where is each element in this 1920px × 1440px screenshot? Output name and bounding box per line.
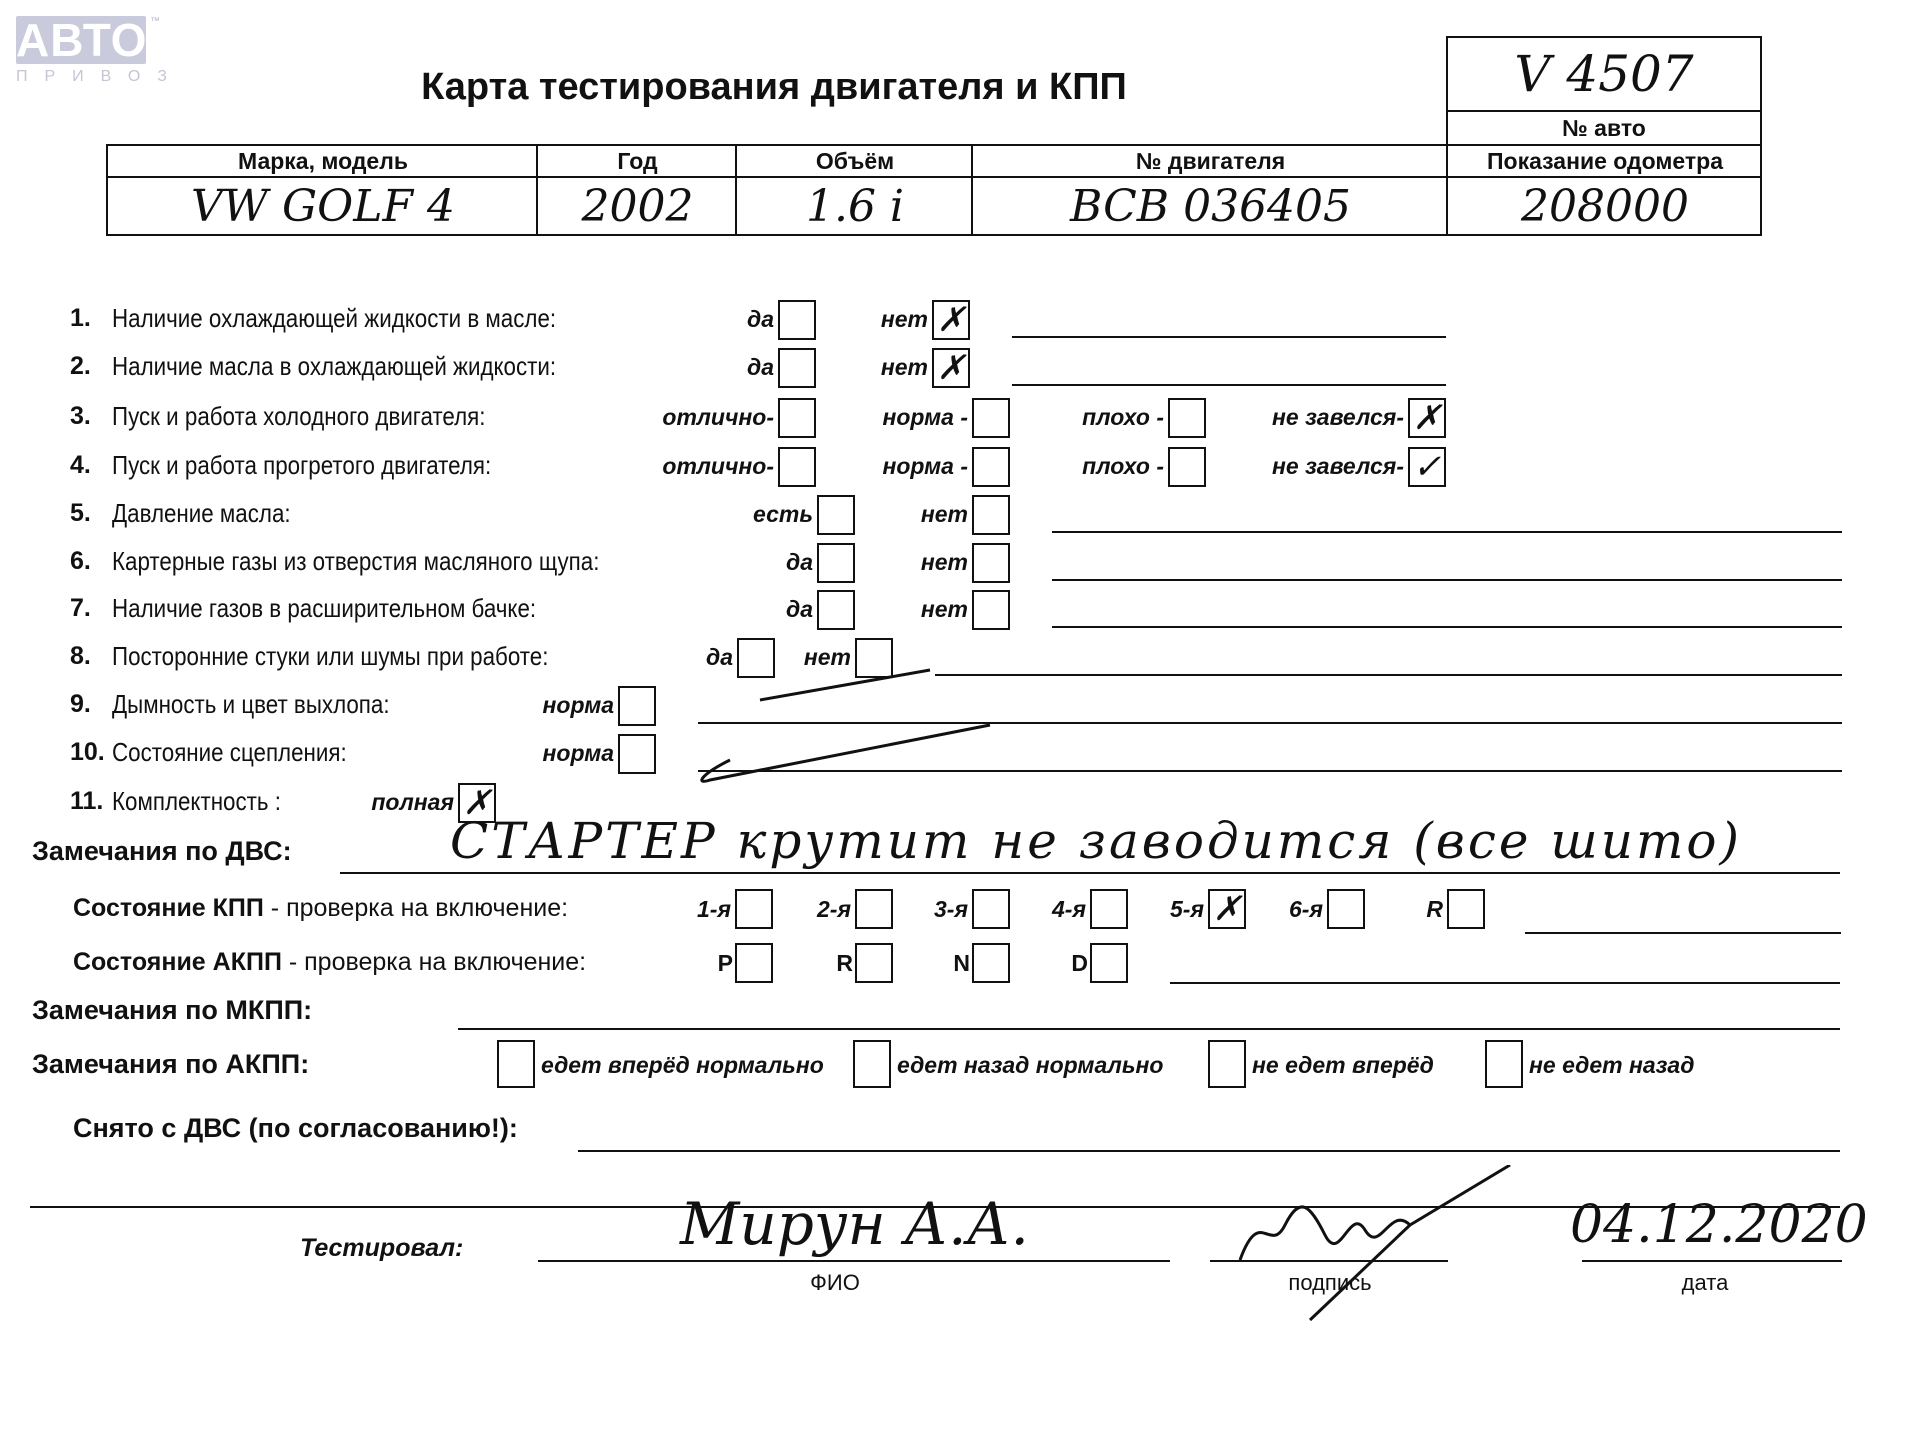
option-checkbox[interactable]: ✗ (932, 348, 970, 388)
question-text: Наличие газов в расширительном бачке: (112, 593, 536, 624)
gear-label: 4-я (1044, 896, 1086, 923)
akpp-remark-label: едет вперёд нормально (541, 1052, 824, 1079)
col-header-volume: Объём (737, 146, 973, 176)
option-label: нет (880, 354, 928, 381)
gear-checkbox[interactable] (972, 889, 1010, 929)
question-number: 9. (70, 690, 91, 719)
option-label: плохо - (1060, 404, 1164, 431)
question-number: 3. (70, 402, 91, 431)
gear-checkbox[interactable] (1090, 889, 1128, 929)
test-date[interactable]: 04.12.2020 (1570, 1195, 1868, 1255)
name-line (538, 1260, 1170, 1262)
question-text: Состояние сцепления: (112, 737, 347, 768)
akpp-position-checkbox[interactable] (1090, 943, 1128, 983)
question-number: 8. (70, 642, 91, 671)
akpp-remark-checkbox[interactable] (853, 1040, 891, 1088)
date-line (1582, 1260, 1842, 1262)
akpp-remark-checkbox[interactable] (1208, 1040, 1246, 1088)
col-header-odometer: Показание одометра (1448, 146, 1762, 176)
question-notes-line[interactable] (1052, 579, 1842, 581)
page-title: Карта тестирования двигателя и КПП (0, 66, 1548, 109)
option-checkbox[interactable] (817, 543, 855, 583)
gear-checkbox[interactable] (735, 889, 773, 929)
question-notes-line[interactable] (935, 674, 1842, 676)
option-checkbox[interactable] (972, 447, 1010, 487)
col-header-year: Год (538, 146, 737, 176)
akpp-check-line (1170, 982, 1840, 984)
gear-label: 6-я (1280, 896, 1323, 923)
kpp-label: Состояние КПП - проверка на включение: (73, 894, 568, 923)
question-text: Давление масла: (112, 498, 291, 529)
option-checkbox[interactable] (778, 398, 816, 438)
option-checkbox[interactable] (1168, 447, 1206, 487)
question-text: Комплектность : (112, 786, 281, 817)
question-notes-line[interactable] (1052, 626, 1842, 628)
logo: АВТО (16, 16, 146, 64)
akpp-remark-checkbox[interactable] (497, 1040, 535, 1088)
question-number: 10. (70, 738, 105, 767)
tested-label: Тестировал: (300, 1234, 463, 1263)
question-text: Наличие масла в охлаждающей жидкости: (112, 351, 556, 382)
option-label: нет (900, 549, 968, 576)
gear-label: R (1420, 896, 1443, 923)
question-notes-line[interactable] (1052, 531, 1842, 533)
question-text: Пуск и работа прогретого двигателя: (112, 450, 491, 481)
option-label: норма - (860, 453, 968, 480)
odometer-value[interactable]: 208000 (1448, 178, 1762, 236)
volume-value[interactable]: 1.6 i (737, 178, 973, 236)
option-checkbox[interactable] (972, 495, 1010, 535)
option-label: есть (730, 501, 813, 528)
akpp-position-label: N (938, 950, 970, 977)
removed-line[interactable] (578, 1150, 1840, 1152)
engine-remarks-line (340, 872, 1840, 874)
akpp-position-label: P (700, 950, 733, 977)
kpp-remarks-line (1525, 932, 1841, 934)
option-checkbox[interactable]: ✗ (932, 300, 970, 340)
question-number: 4. (70, 451, 91, 480)
question-number: 2. (70, 352, 91, 381)
gear-label: 3-я (926, 896, 968, 923)
question-text: Картерные газы из отверстия масляного щу… (112, 546, 599, 577)
option-label: норма - (860, 404, 968, 431)
option-checkbox[interactable] (817, 495, 855, 535)
akpp-remark-label: не едет назад (1529, 1052, 1694, 1079)
option-label: отлично- (650, 404, 774, 431)
year-value[interactable]: 2002 (538, 178, 737, 236)
removed-label: Снято с ДВС (по согласованию!): (73, 1113, 518, 1144)
question-number: 11. (70, 787, 103, 816)
car-number-label: № авто (1448, 112, 1760, 144)
option-checkbox[interactable] (618, 734, 656, 774)
option-label: плохо - (1060, 453, 1164, 480)
option-label: да (740, 306, 774, 333)
question-notes-line[interactable] (1012, 384, 1446, 386)
kpp-label-rest: - проверка на включение: (264, 894, 568, 922)
option-label: нет (900, 501, 968, 528)
vehicle-info-table: Марка, модель Год Объём № двигателя Пока… (106, 144, 1762, 236)
akpp-label-bold: Состояние АКПП (73, 948, 282, 976)
gear-label: 1-я (690, 896, 731, 923)
question-notes-line[interactable] (1012, 336, 1446, 338)
akpp-remark-label: не едет вперёд (1252, 1052, 1434, 1079)
mkpp-remarks-line[interactable] (458, 1028, 1840, 1030)
gear-label: 2-я (808, 896, 851, 923)
akpp-position-label: R (820, 950, 853, 977)
option-label: отлично- (650, 453, 774, 480)
akpp-position-label: D (1056, 950, 1088, 977)
option-checkbox[interactable] (972, 543, 1010, 583)
gear-checkbox[interactable] (1327, 889, 1365, 929)
gear-checkbox[interactable] (855, 889, 893, 929)
option-checkbox[interactable]: ✓ (1408, 447, 1446, 487)
question-number: 6. (70, 547, 91, 576)
scribble-icon (690, 640, 1010, 790)
option-checkbox[interactable] (778, 348, 816, 388)
option-checkbox[interactable]: ✗ (1408, 398, 1446, 438)
option-checkbox[interactable] (618, 686, 656, 726)
engine-remarks-value[interactable]: СТАРТЕР крутит не заводится (все шито) (450, 812, 1742, 870)
option-label: не завелся- (1250, 404, 1404, 431)
option-label: не завелся- (1250, 453, 1404, 480)
tester-name[interactable]: Мирун А.А. (680, 1190, 1029, 1258)
akpp-label-rest: - проверка на включение: (282, 948, 586, 976)
question-text: Дымность и цвет выхлопа: (112, 689, 390, 720)
option-label: норма (530, 692, 614, 719)
question-text: Наличие охлаждающей жидкости в масле: (112, 303, 556, 334)
akpp-remark-label: едет назад нормально (897, 1052, 1163, 1079)
option-label: да (740, 354, 774, 381)
signature-icon (1230, 1165, 1530, 1325)
option-label: полная (360, 789, 454, 816)
question-number: 1. (70, 304, 91, 333)
kpp-label-bold: Состояние КПП (73, 894, 264, 922)
logo-trademark: ™ (150, 16, 160, 27)
question-number: 7. (70, 594, 91, 623)
option-label: да (760, 596, 813, 623)
akpp-position-checkbox[interactable] (855, 943, 893, 983)
akpp-position-checkbox[interactable] (972, 943, 1010, 983)
col-header-engine-number: № двигателя (973, 146, 1448, 176)
mkpp-remarks-label: Замечания по МКПП: (32, 995, 312, 1026)
name-caption: ФИО (795, 1270, 875, 1296)
gear-label: 5-я (1162, 896, 1204, 923)
akpp-remarks-label: Замечания по АКПП: (32, 1049, 309, 1080)
signature-caption: подпись (1270, 1270, 1390, 1296)
option-label: да (760, 549, 813, 576)
akpp-remark-checkbox[interactable] (1485, 1040, 1523, 1088)
option-label: норма (530, 740, 614, 767)
option-checkbox[interactable] (972, 590, 1010, 630)
akpp-label: Состояние АКПП - проверка на включение: (73, 948, 586, 977)
option-checkbox[interactable] (778, 300, 816, 340)
option-checkbox[interactable] (778, 447, 816, 487)
akpp-position-checkbox[interactable] (735, 943, 773, 983)
option-checkbox[interactable] (817, 590, 855, 630)
engine-number-value[interactable]: BCB 036405 (973, 178, 1448, 236)
option-checkbox[interactable] (972, 398, 1010, 438)
question-number: 5. (70, 499, 91, 528)
question-text: Посторонние стуки или шумы при работе: (112, 641, 548, 672)
make-model-value[interactable]: VW GOLF 4 (108, 178, 538, 236)
option-label: нет (880, 306, 928, 333)
gear-checkbox[interactable]: ✗ (1208, 889, 1246, 929)
gear-checkbox[interactable] (1447, 889, 1485, 929)
question-text: Пуск и работа холодного двигателя: (112, 401, 485, 432)
car-number-value[interactable]: V 4507 (1448, 38, 1760, 112)
option-checkbox[interactable] (1168, 398, 1206, 438)
option-label: нет (900, 596, 968, 623)
date-caption: дата (1660, 1270, 1750, 1296)
col-header-make-model: Марка, модель (108, 146, 538, 176)
engine-remarks-label: Замечания по ДВС: (32, 836, 292, 867)
car-number-box: V 4507 № авто (1446, 36, 1762, 146)
